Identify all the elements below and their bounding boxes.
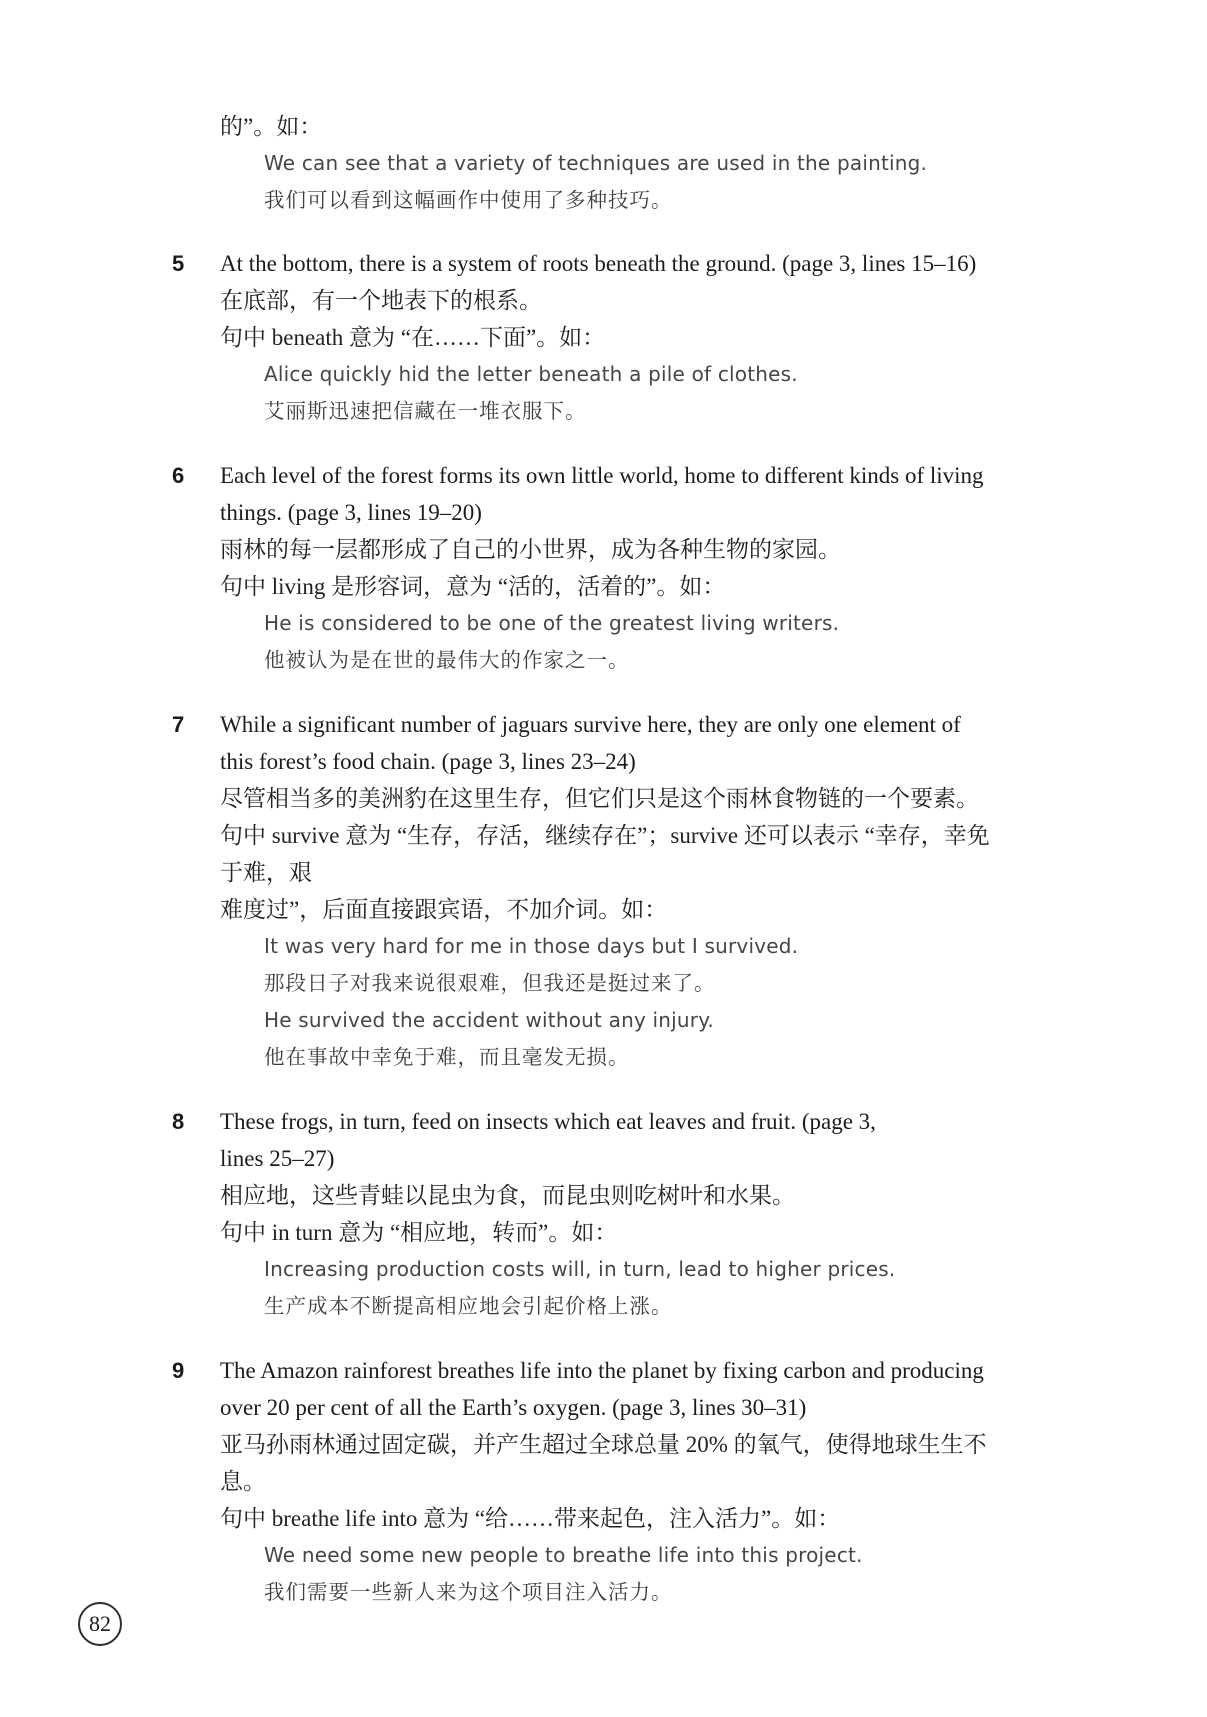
sentence-line: over 20 per cent of all the Earth’s oxyg… xyxy=(220,1389,1002,1426)
note-line: 句中 living 是形容词，意为 “活的，活着的”。如： xyxy=(220,568,1002,605)
example-zh-line: 他在事故中幸免于难，而且毫发无损。 xyxy=(264,1039,1002,1076)
item-examples: Increasing production costs will, in tur… xyxy=(264,1251,1002,1325)
note-line: 句中 survive 意为 “生存，存活，继续存在”；survive 还可以表示… xyxy=(220,817,1002,891)
example-zh-line: 那段日子对我来说很艰难，但我还是挺过来了。 xyxy=(264,965,1002,1002)
translation-line: 雨林的每一层都形成了自己的小世界，成为各种生物的家园。 xyxy=(220,531,1002,568)
translation-line: 在底部，有一个地表下的根系。 xyxy=(220,282,1002,319)
item-body: The Amazon rainforest breathes life into… xyxy=(220,1352,1002,1611)
sentence-line: this forest’s food chain. (page 3, lines… xyxy=(220,743,1002,780)
sentence-line: things. (page 3, lines 19–20) xyxy=(220,494,1002,531)
example-en-line: Alice quickly hid the letter beneath a p… xyxy=(264,356,1002,393)
item-number: 8 xyxy=(172,1103,220,1325)
numbered-item-6: 6 Each level of the forest forms its own… xyxy=(172,457,1002,679)
sentence-line: While a significant number of jaguars su… xyxy=(220,706,1002,743)
translation-line: 亚马孙雨林通过固定碳，并产生超过全球总量 20% 的氧气，使得地球生生不息。 xyxy=(220,1426,1002,1500)
item-examples: We need some new people to breathe life … xyxy=(264,1537,1002,1611)
item-number: 5 xyxy=(172,245,220,430)
page-number: 82 xyxy=(89,1611,111,1637)
sentence-line: At the bottom, there is a system of root… xyxy=(220,245,1002,282)
example-zh-line: 生产成本不断提高相应地会引起价格上涨。 xyxy=(264,1288,1002,1325)
example-en-line: We need some new people to breathe life … xyxy=(264,1537,1002,1574)
item-body: While a significant number of jaguars su… xyxy=(220,706,1002,1076)
example-zh-line: 他被认为是在世的最伟大的作家之一。 xyxy=(264,642,1002,679)
note-line: 句中 in turn 意为 “相应地，转而”。如： xyxy=(220,1214,1002,1251)
intro-continuation-block: 的”。如： We can see that a variety of techn… xyxy=(220,108,1002,219)
translation-line: 尽管相当多的美洲豹在这里生存，但它们只是这个雨林食物链的一个要素。 xyxy=(220,780,1002,817)
note-line: 句中 breathe life into 意为 “给……带来起色，注入活力”。如… xyxy=(220,1500,1002,1537)
sentence-line: Each level of the forest forms its own l… xyxy=(220,457,1002,494)
example-zh-line: 我们需要一些新人来为这个项目注入活力。 xyxy=(264,1574,1002,1611)
item-number: 9 xyxy=(172,1352,220,1611)
numbered-item-7: 7 While a significant number of jaguars … xyxy=(172,706,1002,1076)
sentence-line: These frogs, in turn, feed on insects wh… xyxy=(220,1103,1002,1140)
example-en-line: He survived the accident without any inj… xyxy=(264,1002,1002,1039)
intro-tail-text: 的”。如： xyxy=(220,108,1002,145)
sentence-line: lines 25–27) xyxy=(220,1140,1002,1177)
sentence-line: The Amazon rainforest breathes life into… xyxy=(220,1352,1002,1389)
translation-line: 相应地，这些青蛙以昆虫为食，而昆虫则吃树叶和水果。 xyxy=(220,1177,1002,1214)
item-examples: He is considered to be one of the greate… xyxy=(264,605,1002,679)
example-en-line: He is considered to be one of the greate… xyxy=(264,605,1002,642)
example-en-line: Increasing production costs will, in tur… xyxy=(264,1251,1002,1288)
item-number: 6 xyxy=(172,457,220,679)
item-examples: Alice quickly hid the letter beneath a p… xyxy=(264,356,1002,430)
item-body: These frogs, in turn, feed on insects wh… xyxy=(220,1103,1002,1325)
example-zh-line: 艾丽斯迅速把信藏在一堆衣服下。 xyxy=(264,393,1002,430)
item-number: 7 xyxy=(172,706,220,1076)
numbered-item-8: 8 These frogs, in turn, feed on insects … xyxy=(172,1103,1002,1325)
note-line: 难度过”，后面直接跟宾语，不加介词。如： xyxy=(220,891,1002,928)
example-en-line: It was very hard for me in those days bu… xyxy=(264,928,1002,965)
page-number-badge: 82 xyxy=(78,1602,122,1646)
numbered-item-9: 9 The Amazon rainforest breathes life in… xyxy=(172,1352,1002,1611)
item-body: Each level of the forest forms its own l… xyxy=(220,457,1002,679)
intro-examples: We can see that a variety of techniques … xyxy=(264,145,1002,219)
example-en-line: We can see that a variety of techniques … xyxy=(264,145,1002,182)
numbered-item-5: 5 At the bottom, there is a system of ro… xyxy=(172,245,1002,430)
example-zh-line: 我们可以看到这幅画作中使用了多种技巧。 xyxy=(264,182,1002,219)
item-examples: It was very hard for me in those days bu… xyxy=(264,928,1002,1076)
item-body: At the bottom, there is a system of root… xyxy=(220,245,1002,430)
page-content: 的”。如： We can see that a variety of techn… xyxy=(172,108,1002,1638)
note-line: 句中 beneath 意为 “在……下面”。如： xyxy=(220,319,1002,356)
